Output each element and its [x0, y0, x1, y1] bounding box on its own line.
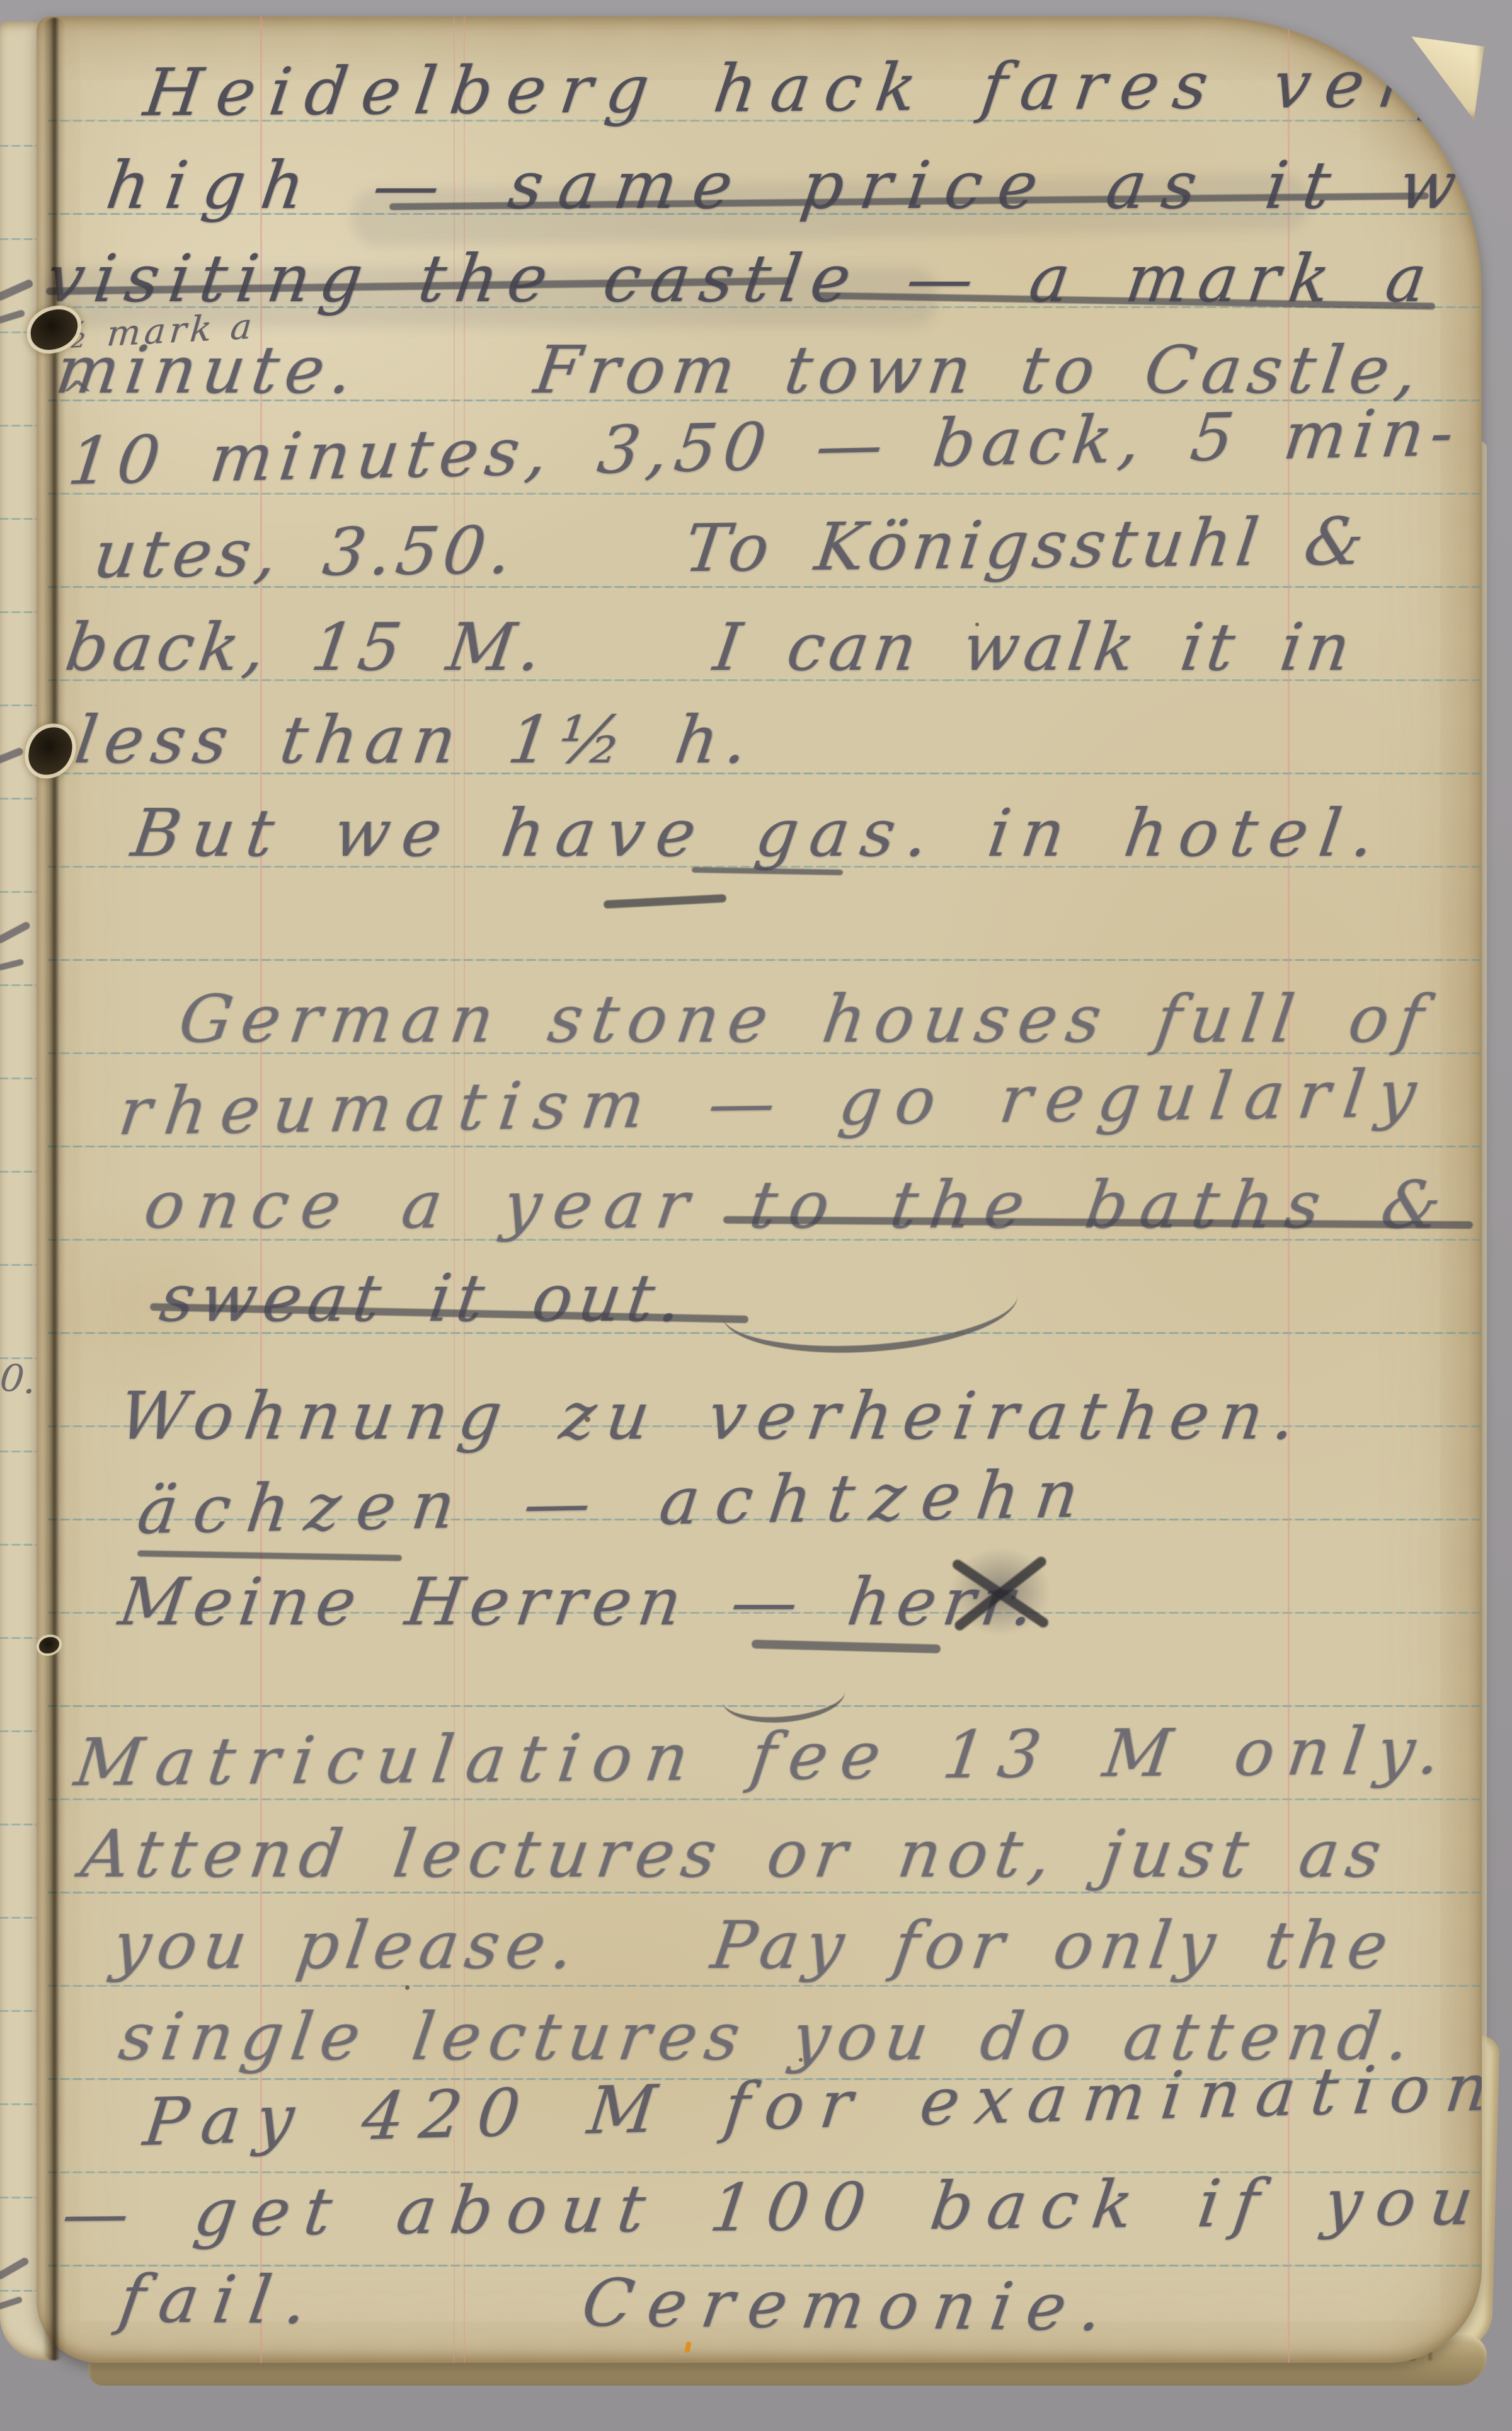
scribble-x-mark — [937, 1541, 1063, 1648]
insertion-caret: ^ — [60, 373, 94, 420]
handwritten-line: Heidelberg hack fares very — [140, 50, 1480, 125]
ruled-line — [48, 1985, 1482, 1987]
notebook-scan: 0. Heidelberg hack fares very high — sam… — [0, 0, 1512, 2431]
paper-speck — [405, 1986, 409, 1990]
handwritten-line: you please. Pay for only the — [109, 1912, 1399, 1978]
handwritten-line: — get about 100 back if you — [59, 2168, 1482, 2246]
scribble-smear — [950, 1548, 1051, 1636]
handwritten-line: once a year to the baths & — [140, 1172, 1457, 1238]
paper-speck — [975, 623, 979, 626]
handwritten-line: utes, 3.50. To Königsstuhl & — [90, 509, 1373, 587]
handwritten-line: But we have gas. in hotel. — [128, 800, 1390, 866]
handwritten-line: fail. Ceremonie. — [115, 2266, 1121, 2340]
handwritten-line: Wohnung zu verheirathen. — [115, 1383, 1310, 1449]
handwritten-line: German stone houses full of — [175, 986, 1436, 1052]
handwritten-line: Meine Herren — herr. — [115, 1569, 1045, 1635]
handwritten-line: Attend lectures or not, just as — [77, 1821, 1392, 1887]
handwritten-line: minute. From town to Castle, — [52, 337, 1428, 403]
handwritten-line: rheumatism — go regularly — [115, 1060, 1433, 1144]
handwritten-line: sweat it out. — [156, 1265, 692, 1331]
margin-fragment-text: 0. — [0, 1355, 38, 1403]
gutter-shadow — [43, 18, 66, 2360]
handwritten-line: ächzen — achtzehn — [134, 1461, 1098, 1543]
paper-speck — [799, 2058, 803, 2062]
handwritten-line: less than 1½ h. — [71, 707, 760, 773]
paper-speck — [585, 1417, 590, 1422]
ruled-line — [48, 959, 1482, 961]
handwritten-line: back, 15 M. I can walk it in — [62, 614, 1359, 680]
handwritten-line: Matriculation fee 13 M only. — [71, 1718, 1457, 1795]
notebook-page: Heidelberg hack fares very high — same p… — [37, 16, 1482, 2363]
handwritten-line: high — same price as it w — [103, 152, 1477, 218]
